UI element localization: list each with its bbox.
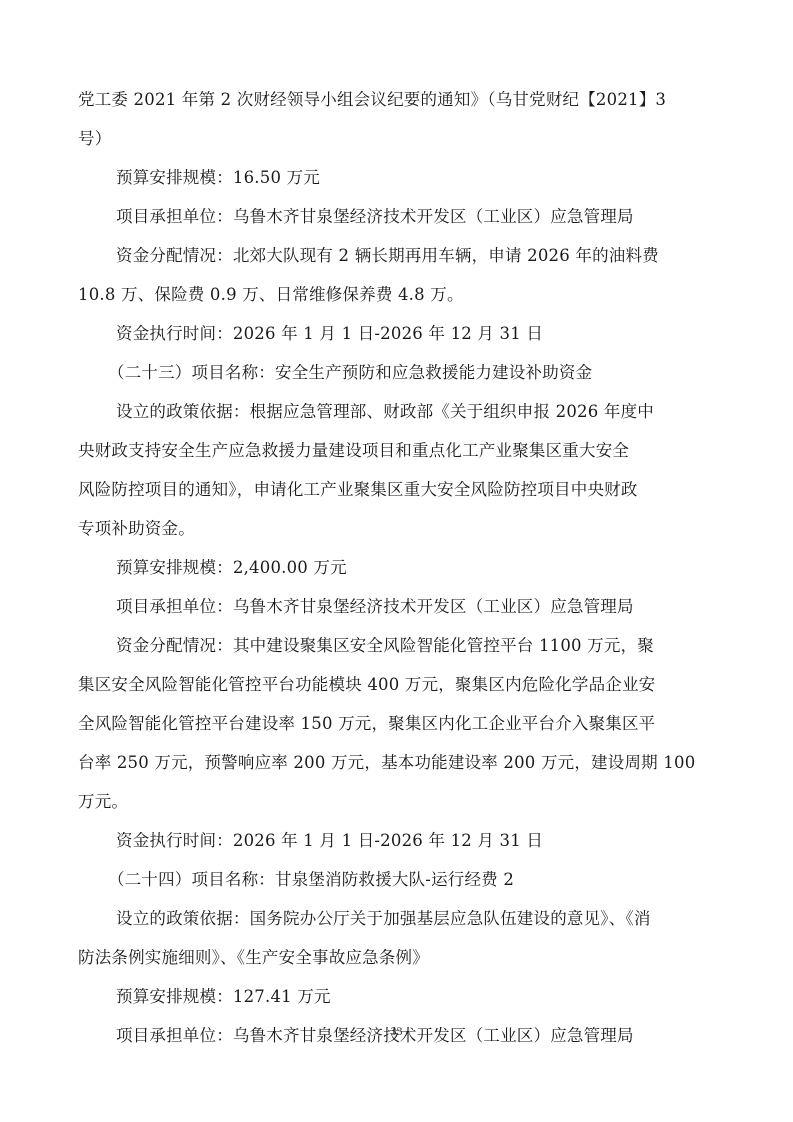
budget-scale-line: 预算安排规模：16.50 万元 bbox=[78, 158, 715, 197]
paragraph-line: 号） bbox=[78, 119, 715, 158]
paragraph-line: 10.8 万、保险费 0.9 万、日常维修保养费 4.8 万。 bbox=[78, 275, 715, 314]
paragraph-line: 专项补助资金。 bbox=[78, 509, 715, 548]
policy-basis-line: 设立的政策依据：国务院办公厅关于加强基层应急队伍建设的意见》、《消 bbox=[78, 899, 715, 938]
budget-scale-line: 预算安排规模：127.41 万元 bbox=[78, 977, 715, 1016]
fund-allocation-line: 资金分配情况：北郊大队现有 2 辆长期再用车辆，申请 2026 年的油料费 bbox=[78, 236, 715, 275]
paragraph-line: 集区安全风险智能化管控平台功能模块 400 万元，聚集区内危险化学品企业安 bbox=[78, 665, 715, 704]
paragraph-line: 党工委 2021 年第 2 次财经领导小组会议纪要的通知》（乌甘党财纪【2021… bbox=[78, 80, 715, 119]
paragraph-line: 全风险智能化管控平台建设率 150 万元，聚集区内化工企业平台介入聚集区平 bbox=[78, 704, 715, 743]
fund-allocation-line: 资金分配情况：其中建设聚集区安全风险智能化管控平台 1100 万元，聚 bbox=[78, 626, 715, 665]
paragraph-line: 台率 250 万元，预警响应率 200 万元，基本功能建设率 200 万元，建设… bbox=[78, 743, 715, 782]
budget-scale-line: 预算安排规模：2,400.00 万元 bbox=[78, 548, 715, 587]
paragraph-line: 风险防控项目的通知》，申请化工产业聚集区重大安全风险防控项目中央财政 bbox=[78, 470, 715, 509]
paragraph-line: 万元。 bbox=[78, 782, 715, 821]
paragraph-line: 央财政支持安全生产应急救援力量建设项目和重点化工产业聚集区重大安全 bbox=[78, 431, 715, 470]
responsible-unit-line: 项目承担单位：乌鲁木齐甘泉堡经济技术开发区（工业区）应急管理局 bbox=[78, 197, 715, 236]
responsible-unit-line: 项目承担单位：乌鲁木齐甘泉堡经济技术开发区（工业区）应急管理局 bbox=[78, 587, 715, 626]
execution-time-line: 资金执行时间：2026 年 1 月 1 日-2026 年 12 月 31 日 bbox=[78, 821, 715, 860]
paragraph-line: 防法条例实施细则》、《生产安全事故应急条例》 bbox=[78, 938, 715, 977]
document-page: 党工委 2021 年第 2 次财经领导小组会议纪要的通知》（乌甘党财纪【2021… bbox=[78, 80, 715, 1055]
execution-time-line: 资金执行时间：2026 年 1 月 1 日-2026 年 12 月 31 日 bbox=[78, 314, 715, 353]
page-number: 33 bbox=[0, 1024, 793, 1039]
policy-basis-line: 设立的政策依据：根据应急管理部、财政部《关于组织申报 2026 年度中 bbox=[78, 392, 715, 431]
project-heading-23: （二十三）项目名称：安全生产预防和应急救援能力建设补助资金 bbox=[78, 353, 715, 392]
project-heading-24: （二十四）项目名称：甘泉堡消防救援大队-运行经费 2 bbox=[78, 860, 715, 899]
